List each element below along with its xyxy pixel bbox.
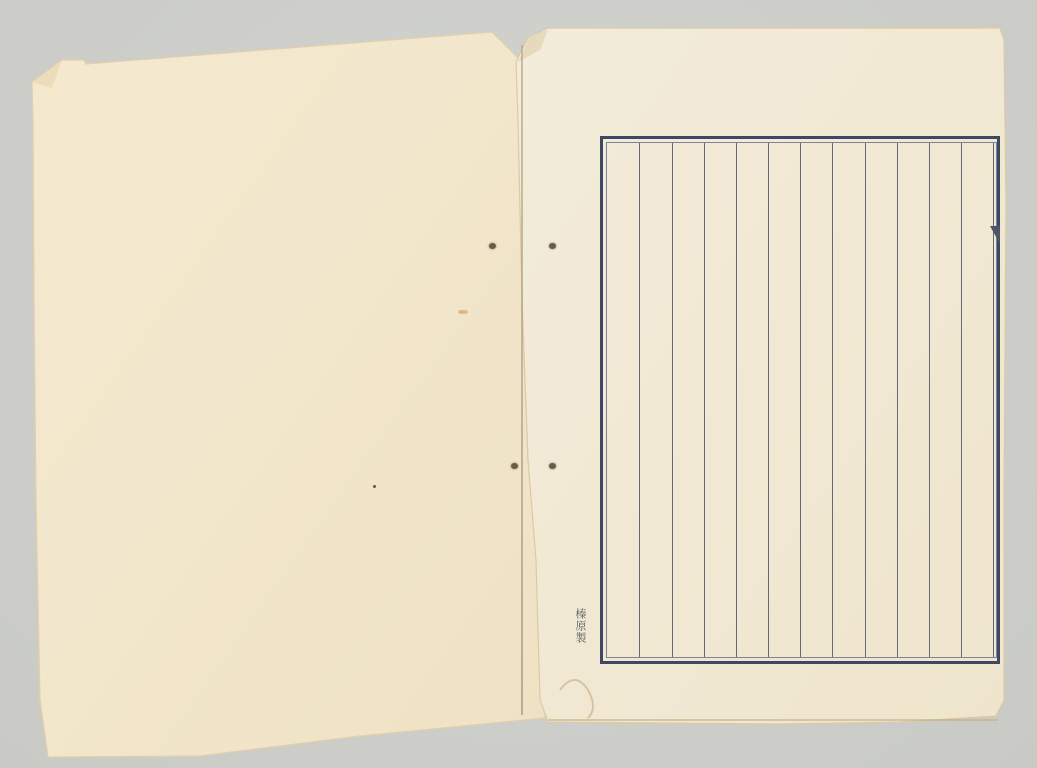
folded-corner-mark [990,226,1000,244]
paper-stain [458,310,468,314]
grid-inner-border [606,142,997,658]
grid-line [993,143,994,657]
grid-line [865,143,866,657]
grid-line [736,143,737,657]
grid-line [897,143,898,657]
binding-hole [549,463,556,469]
binding-hole [511,463,518,469]
photo-background: 榛原製 [0,0,1037,768]
grid-line [639,143,640,657]
grid-line [672,143,673,657]
paper-speck [373,485,376,488]
grid-line [768,143,769,657]
grid-line [961,143,962,657]
grid-line [832,143,833,657]
book-spine-fold [521,45,523,715]
grid-line [929,143,930,657]
grid-line [704,143,705,657]
binding-hole [489,243,496,249]
ruled-grid [600,136,1000,664]
grid-line [800,143,801,657]
binding-hole [549,243,556,249]
maker-mark: 榛原製 [573,608,587,644]
